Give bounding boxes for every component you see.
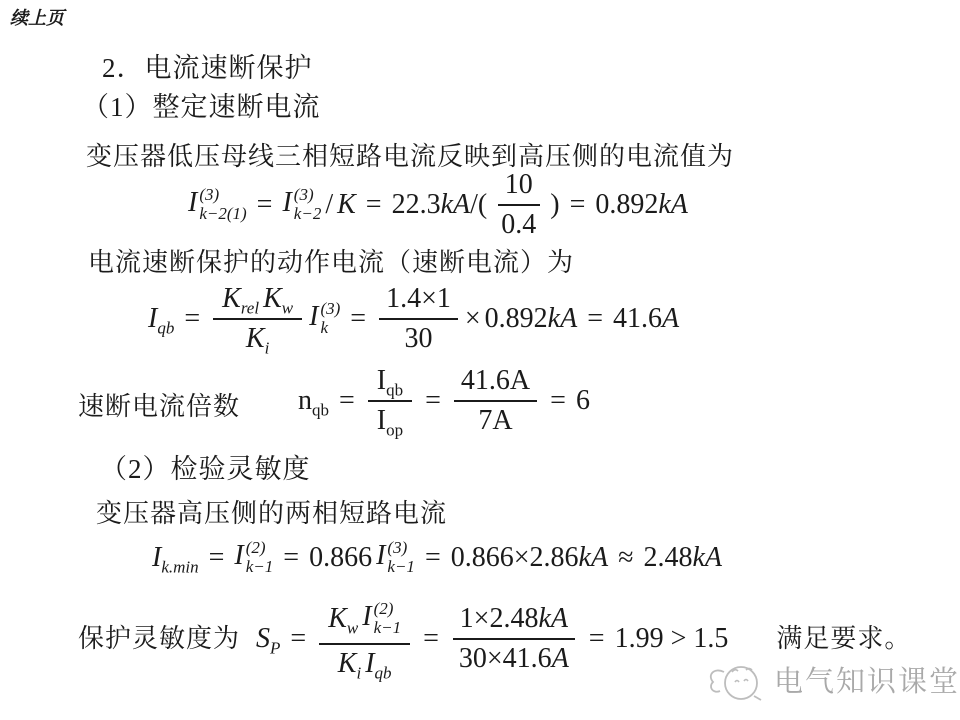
equals-sign: =: [550, 387, 566, 415]
math-term: Iqb: [148, 305, 174, 333]
label-multiple: 速断电流倍数: [78, 386, 240, 423]
paragraph-3: 变压器高压侧的两相短路电流: [96, 493, 447, 530]
paragraph-1: 变压器低压母线三相短路电流反映到高压侧的电流值为: [86, 136, 734, 173]
formula-operating-current: Iqb = KrelKw Ki I(3)k = 1.4×1 30 × 0.892…: [146, 284, 681, 354]
label-sensitivity: 保护灵敏度为: [78, 626, 240, 652]
math-term: I(2)k−1: [234, 539, 273, 576]
doodle-face-logo-icon: [706, 652, 766, 706]
math-term: SP: [256, 625, 280, 653]
math-coefficient: 0.866: [309, 544, 372, 572]
equals-sign: =: [184, 305, 200, 333]
paragraph-2: 电流速断保护的动作电流（速断电流）为: [88, 242, 574, 279]
math-term: nqb: [298, 387, 329, 415]
math-term: I(3)k: [309, 300, 340, 337]
formula-short-circuit-current: I(3)k−2(1) = I(3)k−2 / K = 22.3kA/( 10 0…: [186, 174, 690, 236]
equals-sign: =: [425, 387, 441, 415]
equals-sign: =: [589, 625, 605, 653]
equals-sign: =: [350, 305, 366, 333]
fraction: 1×2.48kA 30×41.6A: [452, 603, 576, 675]
fraction: 10 0.4: [494, 169, 543, 241]
slide-page: 续上页 2．电流速断保护 （1）整定速断电流 变压器低压母线三相短路电流反映到高…: [0, 0, 960, 720]
equals-sign: =: [290, 625, 306, 653]
math-term: I(3)k−2(1): [188, 186, 247, 223]
equals-sign: =: [423, 625, 439, 653]
approx-sign: ≈: [618, 544, 633, 572]
math-term: I(3)k−2: [282, 186, 321, 223]
continued-note: 续上页: [10, 4, 64, 30]
formula-two-phase-current: Ik.min = I(2)k−1 = 0.866 I(3)k−1 = 0.866…: [150, 536, 724, 580]
fraction: 41.6A 7A: [454, 365, 537, 437]
fraction: Iqb Iop: [368, 365, 412, 437]
subsection-heading-1: （1）整定速断电流: [82, 85, 321, 124]
math-result: 6: [576, 387, 590, 415]
conclusion-text: 满足要求。: [776, 626, 911, 652]
equals-sign: =: [283, 544, 299, 572]
math-result: 1.99 > 1.5: [615, 625, 729, 653]
equals-sign: =: [425, 544, 441, 572]
math-value: 0.866×2.86kA: [451, 544, 608, 572]
math-value: 22.3kA/(: [392, 191, 488, 219]
math-value: 0.892kA: [485, 305, 578, 333]
watermark: 电气知识课堂: [706, 652, 960, 706]
subsection-heading-2: （2）检验灵敏度: [100, 447, 311, 486]
fraction: KwI(2)k−1 KiIqb: [319, 598, 410, 679]
formula-current-multiple: nqb = Iqb Iop = 41.6A 7A = 6: [296, 364, 592, 438]
equals-sign: =: [587, 305, 603, 333]
equals-sign: =: [366, 191, 382, 219]
math-term: K: [337, 191, 356, 219]
equals-sign: =: [339, 387, 355, 415]
equals-sign: =: [257, 191, 273, 219]
math-result: 41.6A: [613, 305, 679, 333]
watermark-brand: 电气知识课堂: [774, 659, 960, 700]
section-heading: 2．电流速断保护: [102, 46, 313, 85]
fraction: 1.4×1 30: [379, 283, 458, 355]
close-paren: ): [550, 191, 559, 219]
math-term: Ik.min: [152, 544, 199, 572]
multiply-sign: ×: [465, 305, 481, 333]
equals-sign: =: [570, 191, 586, 219]
math-term: I(3)k−1: [376, 539, 415, 576]
math-result: 2.48kA: [643, 544, 722, 572]
equals-sign: =: [209, 544, 225, 572]
math-result: 0.892kA: [595, 191, 688, 219]
fraction: KrelKw Ki: [213, 283, 302, 355]
divide-sign: /: [325, 191, 333, 219]
